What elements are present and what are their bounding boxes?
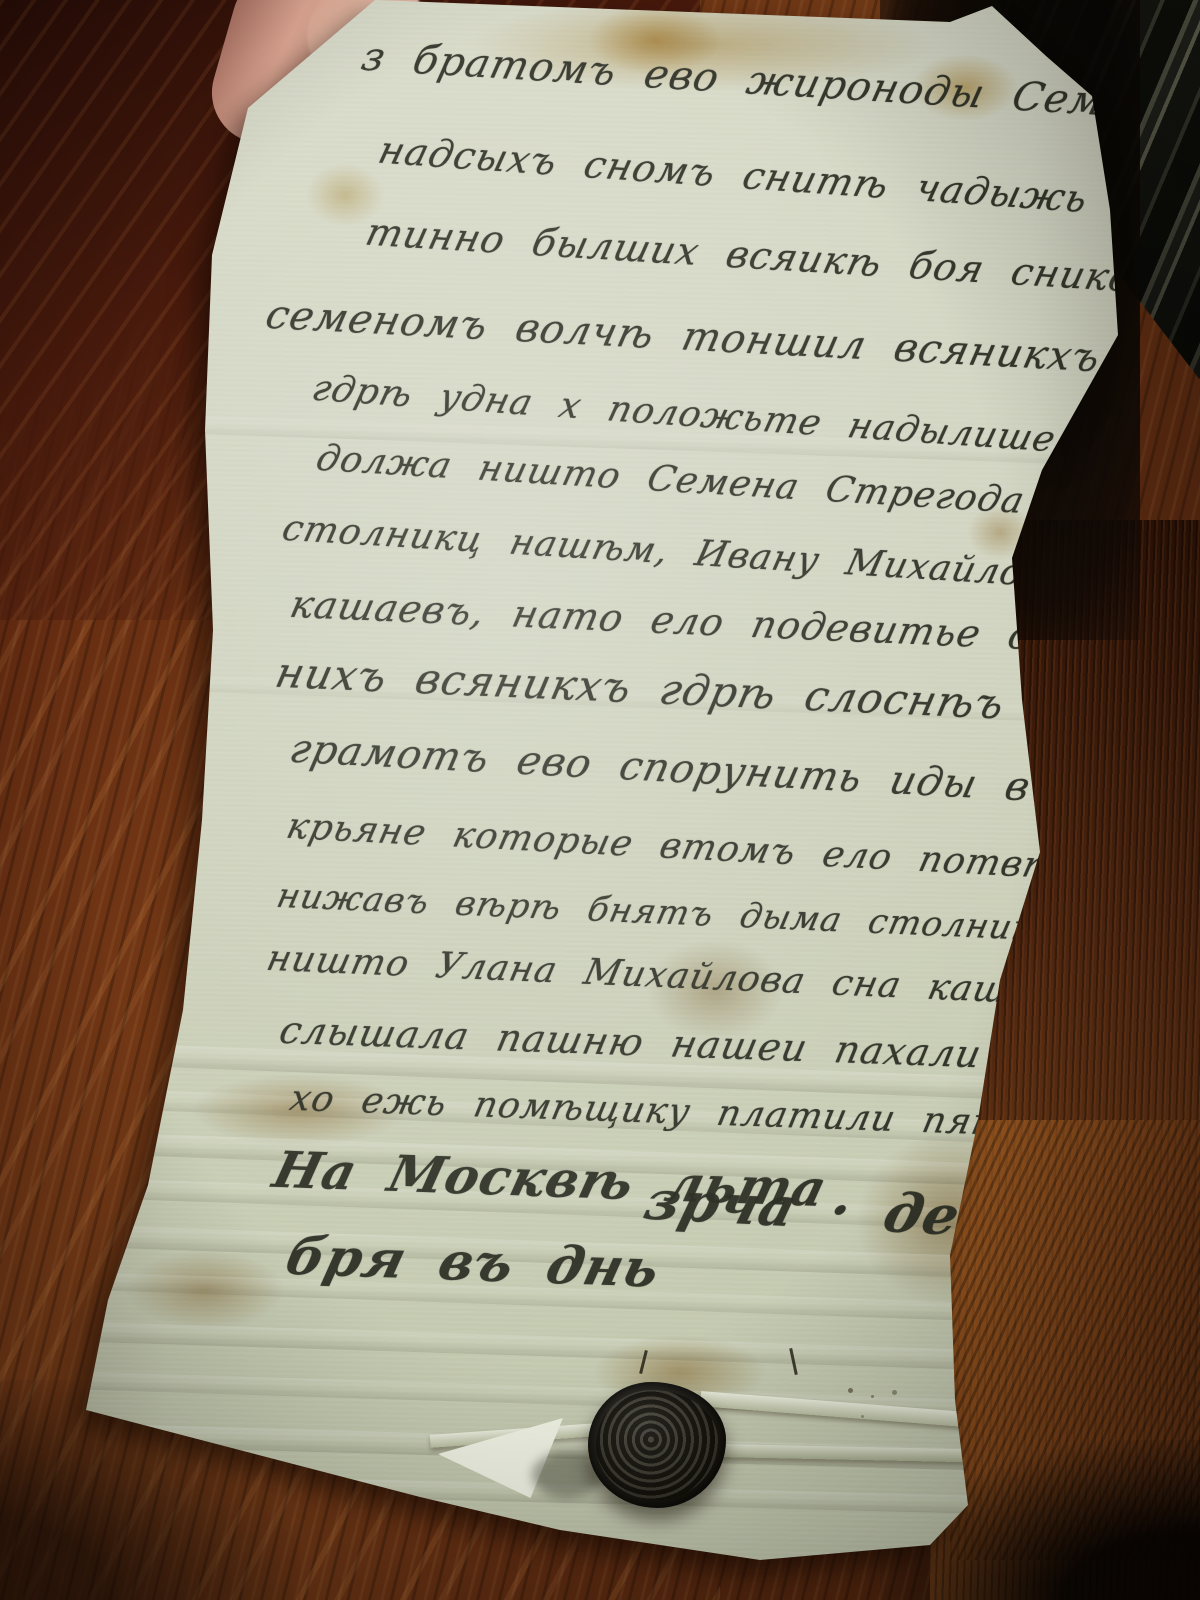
handwritten-line: крьяне которые втомъ ело потвѣ [283, 806, 1061, 887]
paper-stain [890, 40, 1040, 135]
binding-strip [430, 1421, 625, 1448]
handwritten-line: нижавъ вѣрѣ бнятъ дыма столника [273, 876, 1059, 950]
handwritten-line: хо ежь помѣщику платили пятъ [286, 1078, 1036, 1145]
paper-crease [50, 1371, 1160, 1424]
handwritten-line: гдрѣ удна х положьте надылише [308, 368, 1060, 460]
paper-stain [620, 920, 810, 1060]
paper-crease [50, 1224, 1160, 1285]
manuscript-paper: з братомъ ево жироноды Семенд сна 2надсы… [0, 0, 1200, 1600]
seal-slit [789, 1348, 798, 1375]
handwritten-line: кашаевъ, нато ело подевитье дать [286, 582, 1121, 662]
paper-crease [50, 1271, 1160, 1328]
seal-slit [639, 1350, 648, 1374]
handwritten-line: бря въ днь [280, 1226, 667, 1299]
ink-specks [848, 1388, 853, 1393]
paper-stain [380, 0, 1020, 110]
paper-sheet: з братомъ ево жироноды Семенд сна 2надсы… [0, 0, 1200, 1600]
paper-crease [50, 1471, 1160, 1518]
binding-strip [690, 1443, 1130, 1465]
paper-stain [560, 1320, 800, 1425]
paper-crease [50, 1177, 1160, 1236]
paper-crease [50, 1321, 1160, 1376]
handwritten-line: грамотъ ево спорунить иды в снѣ [285, 726, 1150, 816]
binding-strip [700, 1391, 1130, 1440]
paper-stain [955, 495, 1045, 570]
paper-stain [290, 150, 400, 240]
seal-smudge [532, 1452, 602, 1498]
paper-stain [95, 1235, 315, 1345]
handwritten-line: нихъ всяникхъ гдрѣ слоснѣъ [271, 648, 1009, 728]
paper-flap [438, 1418, 563, 1498]
paper-stain [150, 1060, 450, 1160]
wax-seal [588, 1382, 726, 1508]
handwritten-line: ништо Улана Михайлова сна кашаева [263, 938, 1102, 1015]
paper-crease [50, 671, 1160, 726]
handwritten-line: должа ништо Семена Стрегода в кенѣ [312, 438, 1200, 533]
handwritten-line: зрча · дека [638, 1168, 1041, 1251]
handwritten-line: столникц нашѣм, Ивану Михайлову ину [278, 508, 1169, 602]
handwritten-line: На Москвѣ льта [267, 1140, 833, 1218]
handwritten-line: надсыхъ сномъ снитѣ чадыжь и живо [374, 128, 1200, 235]
paper-stain [820, 1100, 1080, 1340]
handwritten-line: з братомъ ево жироноды Семенд сна 2 [357, 34, 1200, 139]
paper-crease [50, 1423, 1160, 1476]
paper-stain [560, 0, 750, 90]
handwritten-line: семеномъ волчѣ тоншил всяникхъ [261, 292, 1105, 381]
handwritten-line: слышала пашню нашеи пахали и до [276, 1008, 1117, 1081]
handwritten-line: тинно былших всяикѣ боя сниковъ [362, 210, 1188, 303]
paper-crease [50, 411, 1160, 468]
paper-crease [50, 1041, 1160, 1106]
paper-crease [50, 1131, 1160, 1192]
photo: з братомъ ево жироноды Семенд сна 2надсы… [0, 0, 1200, 1600]
paper-crease [50, 1087, 1160, 1150]
